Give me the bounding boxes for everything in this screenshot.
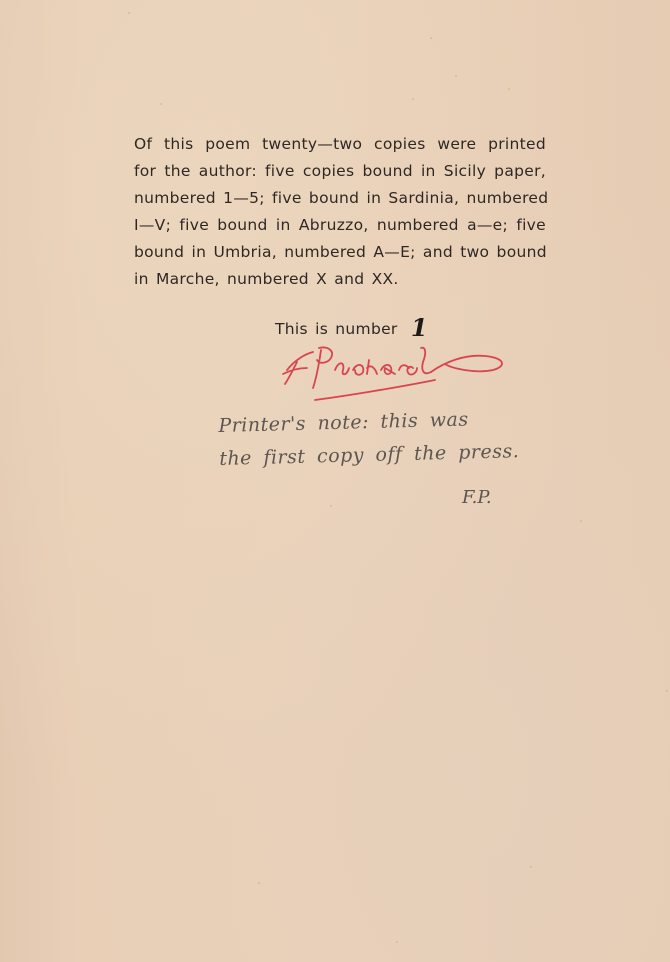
paper-speck xyxy=(430,37,432,39)
printer-note-line: the first copy off the press. xyxy=(219,435,520,476)
paper-speck xyxy=(455,75,457,77)
copy-number-value: 1 xyxy=(411,313,428,342)
paper-speck xyxy=(580,520,582,522)
paper-speck xyxy=(160,103,162,105)
copy-number-line: This is number 1 xyxy=(275,311,428,340)
paper-speck xyxy=(128,12,130,14)
paper-speck xyxy=(258,882,260,884)
paper-speck xyxy=(330,505,332,507)
paper-speck xyxy=(666,690,668,692)
printer-note: Printer's note: this was the first copy … xyxy=(218,402,520,476)
colophon-paragraph: Of this poem twenty—two copies were prin… xyxy=(134,131,546,293)
colophon-line: bound in Umbria, numbered A—E; and two b… xyxy=(134,239,546,266)
book-page: Of this poem twenty—two copies were prin… xyxy=(0,0,670,962)
copy-number-label: This is number xyxy=(275,320,398,338)
paper-speck xyxy=(412,98,414,100)
colophon-line: Of this poem twenty—two copies were prin… xyxy=(134,131,546,158)
colophon-line: I—V; five bound in Abruzzo, numbered a—e… xyxy=(134,212,546,239)
colophon-line: for the author: five copies bound in Sic… xyxy=(134,158,546,185)
paper-speck xyxy=(508,88,510,90)
colophon-line: in Marche, numbered X and XX. xyxy=(134,266,546,293)
colophon-line: numbered 1—5; five bound in Sardinia, nu… xyxy=(134,185,546,212)
paper-speck xyxy=(530,866,532,868)
printer-initials: F.P. xyxy=(462,487,492,508)
paper-speck xyxy=(396,941,398,943)
